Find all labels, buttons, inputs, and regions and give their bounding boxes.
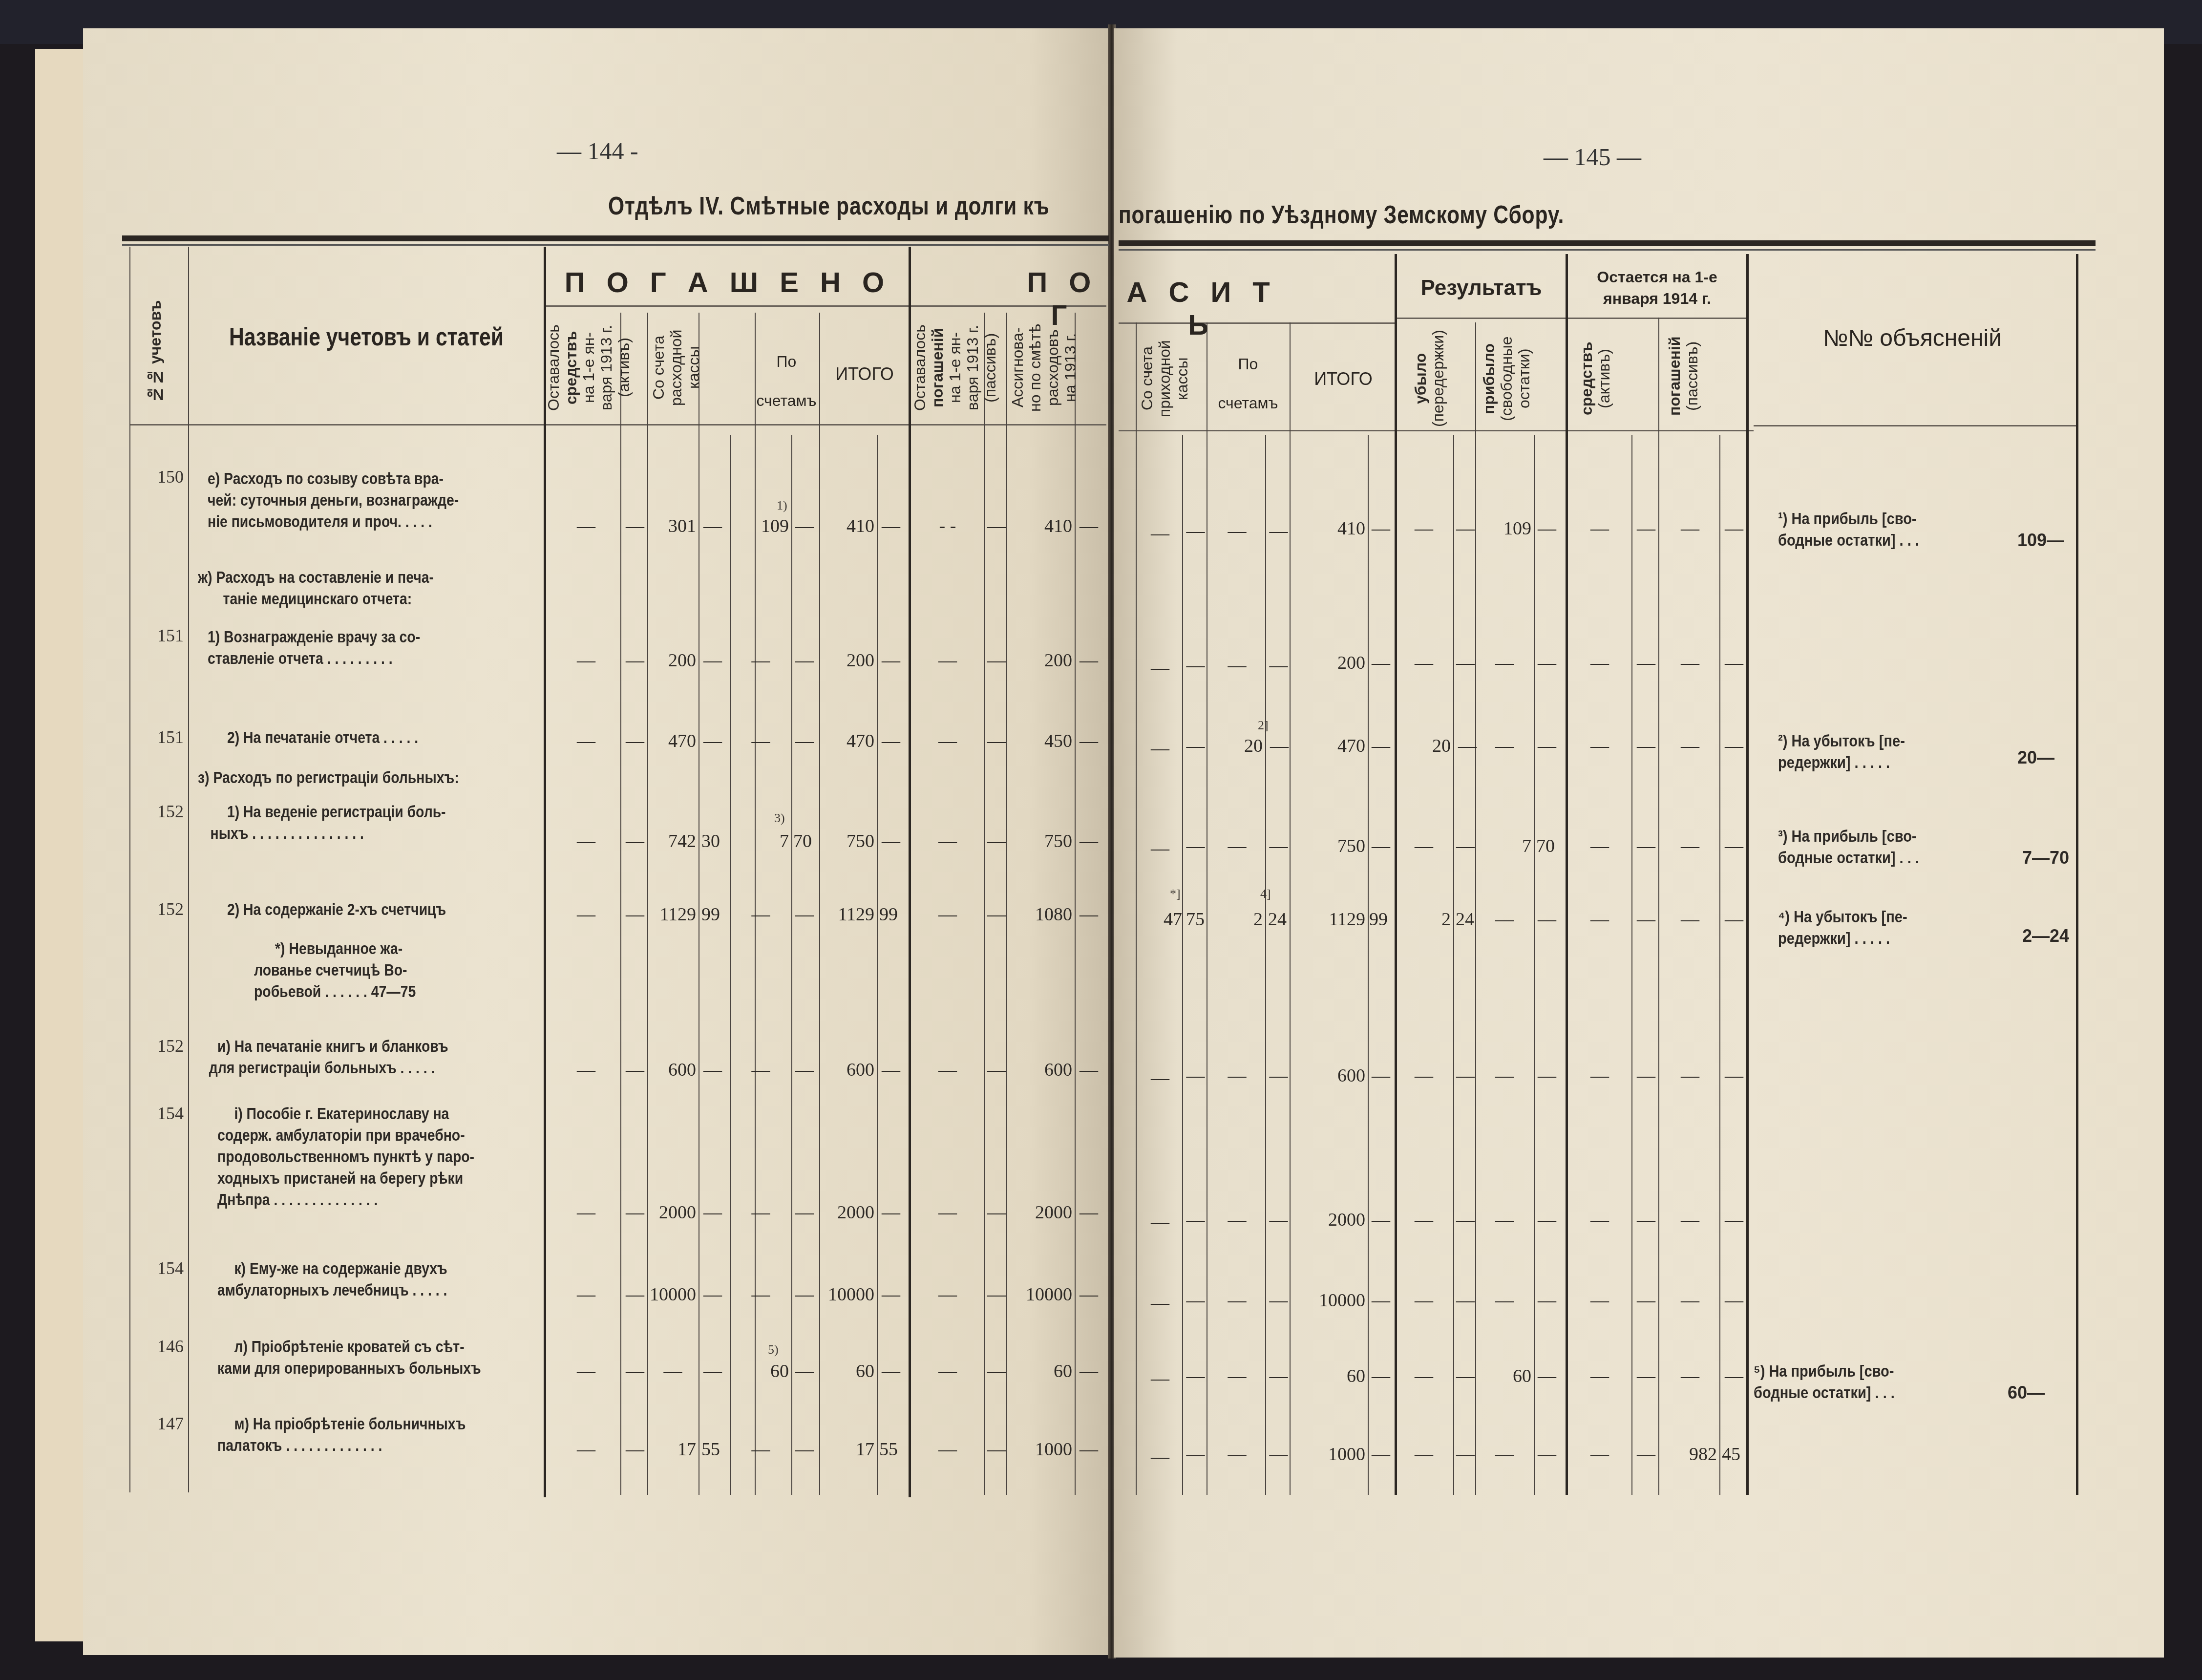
table-top-rule-left [122, 235, 1109, 241]
vline [877, 435, 878, 1495]
header-bottom-rule-explain [1754, 425, 2078, 426]
header-group-pogasheno: П О Г А Ш Е Н О [547, 266, 909, 299]
header-group-remain: Остается на 1-е января 1914 г. [1568, 266, 1746, 309]
table-top-rule-left-thin [122, 244, 1109, 246]
page-number-left: — 144 - [557, 137, 638, 165]
page-number-right: — 145 — [1544, 143, 1641, 171]
subheader-ost-pogasheniy: Оставалосьпогашенійна 1-е ян-варя 1913 г… [911, 313, 984, 423]
header-col-num: №№ учетовъ [147, 283, 171, 420]
subheader-assignovano: Ассигнова-но по смѣтѣрасходовъна 1913 г. [1009, 313, 1082, 423]
vline [620, 313, 621, 1495]
vline [1631, 435, 1632, 1495]
vline [819, 313, 820, 1495]
table-top-rule-right-thin [1119, 249, 2096, 251]
section-title-right: погашенію по Уѣздному Земскому Сбору. [1119, 200, 1564, 230]
vline-bold [2076, 254, 2078, 1495]
vline [188, 247, 189, 1492]
page-stack-edge [35, 49, 90, 1641]
vline [1075, 313, 1076, 1495]
vline-bold [909, 247, 911, 1497]
vline [1475, 322, 1476, 1495]
table-top-rule-right [1119, 240, 2096, 246]
group-rule-result [1397, 318, 1749, 319]
vline [1265, 435, 1266, 1495]
subheader-po-schetam: Посчетамъ [755, 342, 818, 420]
subheader-pogasheniy: погашеній(пассивъ) [1666, 322, 1715, 430]
vline-bold [544, 247, 546, 1497]
header-bottom-rule-left [129, 424, 1106, 425]
section-title-left: Отдѣлъ IV. Смѣтные расходы и долги къ [608, 191, 1050, 221]
vline [730, 435, 731, 1495]
vline [1453, 435, 1454, 1495]
subheader-sredstv: средствъ(активъ) [1578, 327, 1627, 430]
vline [1207, 322, 1207, 1495]
vline [1534, 435, 1535, 1495]
vline [984, 313, 985, 1495]
subheader-pribylo: прибыло(свободныеостатки) [1480, 327, 1553, 430]
subheader-ost-sredstv: Оставалосьсредствъна 1-е ян-варя 1913 г.… [545, 313, 620, 423]
vline [699, 313, 699, 1495]
vline [1006, 313, 1007, 1495]
subheader-po-schetam-right: Посчетамъ [1207, 344, 1290, 423]
vline [1368, 435, 1369, 1495]
vline [1182, 435, 1183, 1495]
subheader-itogo-right: ИТОГО [1292, 369, 1395, 389]
vline-bold [1746, 254, 1749, 1495]
vline [1719, 435, 1720, 1495]
vline [791, 435, 792, 1495]
subheader-itogo: ИТОГО [821, 364, 909, 384]
vline [647, 313, 648, 1495]
vline [1658, 318, 1659, 1495]
header-col-explain: №№ объясненій [1749, 325, 2076, 352]
vline [129, 247, 130, 1492]
vline [1136, 322, 1137, 1495]
header-col-name: Названіе учетовъ и статей [222, 322, 510, 352]
header-group-result: Результатъ [1397, 276, 1566, 300]
subheader-ubylo: убыло(передержки) [1412, 327, 1461, 430]
vline [1290, 322, 1291, 1495]
subheader-so-scheta-prihodnoy: Со счетаприходнойкассы [1138, 327, 1202, 430]
subheader-so-scheta-rashodnoy: Со счетарасходнойкассы [650, 313, 708, 423]
